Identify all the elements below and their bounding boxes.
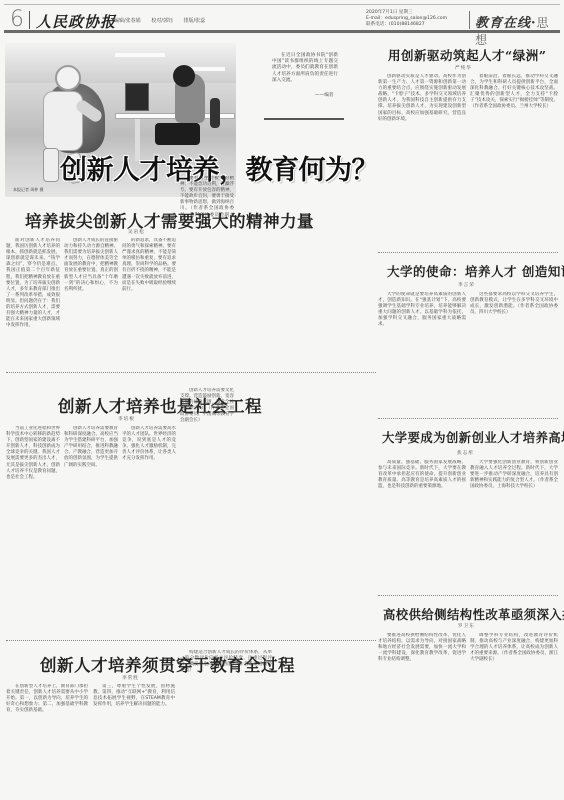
article-1-headline: 培养拔尖创新人才需要强大的精神力量 <box>25 208 314 232</box>
article-1-col-4: 要有甘坐冷板凳的精神，不能急功近利，浮躁浮夸。要有开放包容的精神，不能故步自封，… <box>180 176 234 362</box>
article-1-col-1: 面对创新人才培养问题，我国历创新人才培养的根本。抓创新就是抓发展，谋创新就是谋未… <box>6 238 60 362</box>
editor-note: 在近日全国政协书院“创新中国”读书群组织的线上专题交流活动中，委员们就教育在创新… <box>272 53 338 84</box>
divider <box>378 252 558 253</box>
article-5-col-1: 高质量、强基础，服务国家发展战略，参与未来国际竞争。新时代下，大学要在教育改革中… <box>378 460 466 590</box>
masthead: 6 人民政协报 编辑/张春娟 校对/郭钰 排版/张蕊 2020年7月1日 星期三… <box>4 4 560 32</box>
divider <box>378 418 558 419</box>
dateline: 2020年7月1日 星期三 E-mail：eduspring_salon@126… <box>366 10 447 28</box>
article-1-col-3: 的新追求，具备不断追问的勇气和探索精神。要有严谨求真的精神，不能是简单的模仿和重… <box>122 238 176 362</box>
page-number: 6 <box>10 9 24 31</box>
article-2-byline: 严纯华 <box>455 65 472 71</box>
article-4-col-2: 创新人才培养需要教育和科研深度融合。高校应当为学生搭建科研平台，加强产学研用结合… <box>64 426 118 628</box>
article-1-byline: 吴岩松 <box>128 229 145 235</box>
article-5-col-2: 大学要强化创新创业教育，将创新创业教育融入人才培养全过程。新时代下，大学要进一步… <box>470 460 558 590</box>
article-4-byline: 李培根 <box>118 416 135 422</box>
article-7-col-1: 要推进高校供给侧结构性改革，优化人才培养结构，以需求为导向，对接国家战略和地方经… <box>378 633 466 795</box>
article-6-byline: 李常胜 <box>122 675 139 681</box>
paper-name: 人民政协报 <box>36 11 116 32</box>
article-5-byline: 焦志彤 <box>457 450 474 456</box>
article-4-col-3: 创新人才培养需要高水平的人才团队。世界经济的竞争，说到底是人才的竞争。强化人才激… <box>122 426 176 628</box>
divider <box>378 595 558 596</box>
contact-phone: 联系电话：(010)88146827 <box>366 22 447 28</box>
editor-note-signature: ——编者 <box>315 92 333 98</box>
section-name: 教育在线 <box>475 16 531 31</box>
intro-rule <box>264 118 344 120</box>
article-7-col-2: 调整学科专业结构，改进教育评价机制，推动高校与产业深度融合，构建更加科学合理的人… <box>470 633 558 795</box>
article-7-byline: 罗卫东 <box>458 623 475 629</box>
article-5-headline: 大学要成为创新创业人才培养高地 <box>382 428 564 446</box>
article-3-col-2: 这些都要求高校以学科交叉培养学生，创新教育模式，让学生在多学科交叉环境中成长，激… <box>470 292 558 410</box>
newspaper-page: 6 人民政协报 编辑/张春娟 校对/郭钰 排版/张蕊 2020年7月1日 星期三… <box>0 0 564 800</box>
article-3-byline: 李言荣 <box>458 282 475 288</box>
editors-line: 编辑/张春娟 校对/郭钰 排版/张蕊 <box>114 17 205 24</box>
robot-shape <box>43 91 83 151</box>
article-7-headline: 高校供给侧结构性改革亟须深入推进 <box>383 605 564 623</box>
photo-credit: 本报记者 周仲 摄 <box>13 187 44 193</box>
article-6-col-1: 在创新型人才培养上，教育部门承担着关键责任，创新人才培养需要从中小学开始。第一，… <box>6 684 88 796</box>
article-2-col-1: 创新驱动实质是人才驱动。高校作为创新第一生产力、人才第一资源和创新第一动力的重要… <box>378 74 466 242</box>
article-6-col-2: 第三，尊重学生个性发展，因材施教。第四，推动“互联网+”教育，利用信息技术拓展学… <box>93 684 175 796</box>
masthead-divider <box>29 11 30 29</box>
article-2-col-2: 着眼前沿，着眼长远，推动学科交叉融合，为学生和科研人员提供创新平台，全面深化科教… <box>470 74 558 242</box>
article-4-col-4: 创新人才培养需要文化支撑。营造鼓励创新、宽容失败的社会氛围，激发全社会创新活力。… <box>180 388 234 628</box>
article-1-col-2: 创新人才成长的直接驱动力和持久动力源自精神。我们需要为培养拔尖创新人才而努力，在… <box>64 238 118 362</box>
divider <box>6 372 376 373</box>
article-4-col-1: 当前工业化进程和世界科学技术中心转移的新趋势下，创新型国家的建设离不开创新人才，… <box>6 426 60 628</box>
article-3-col-1: 大学的使命就是要培养高素质的创新人才，创造新知识。在“强基计划”下，高校要强调学… <box>378 292 466 410</box>
article-2-headline: 用创新驱动筑起人才“绿洲” <box>388 46 546 64</box>
masthead-rule <box>4 30 560 33</box>
article-3-headline: 大学的使命：培养人才 创造知识 <box>387 262 564 280</box>
article-6-col-3: 构建适合创新人才成长的评价体系，从单一的分数评价向多元评价转变，注重过程评价，激… <box>180 650 272 796</box>
divider <box>6 640 376 641</box>
section-divider <box>469 11 470 29</box>
monitor-shape <box>125 83 149 111</box>
